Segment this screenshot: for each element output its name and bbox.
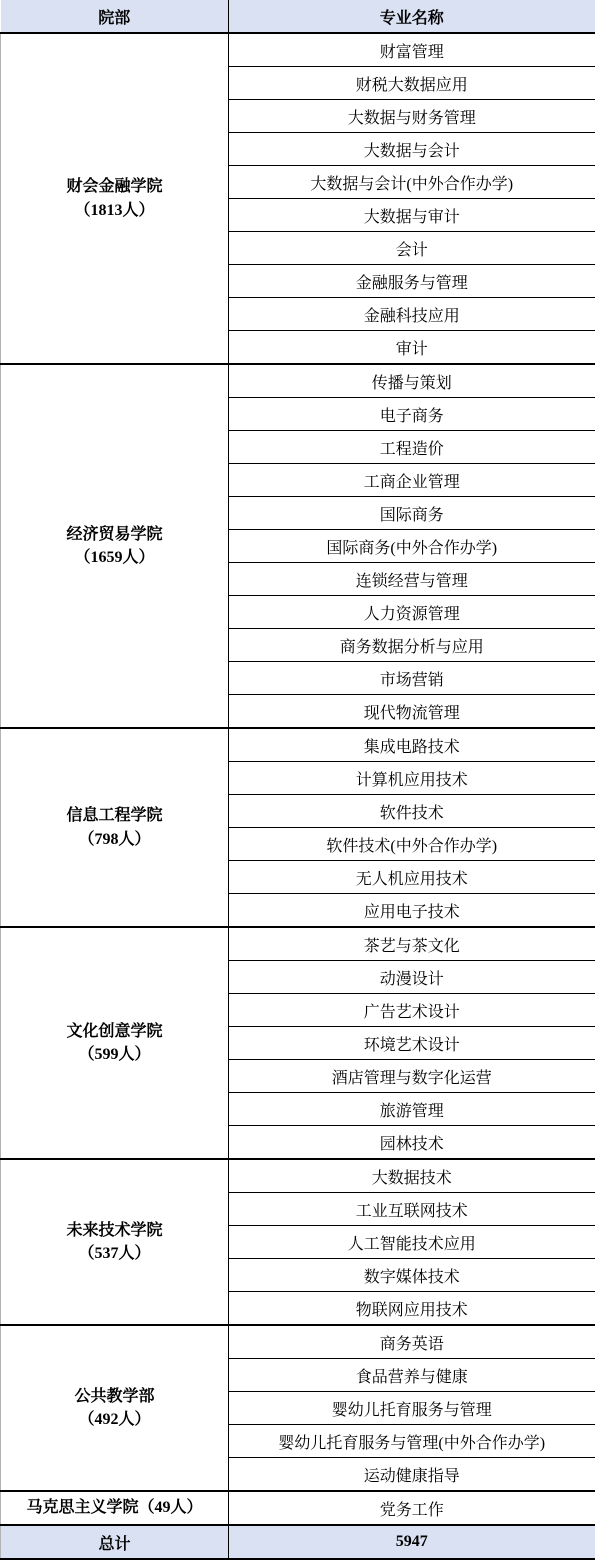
department-count: （1659人） [3, 546, 226, 569]
header-col-department: 院部 [1, 0, 229, 33]
department-cell: 未来技术学院（537人） [1, 1159, 229, 1325]
total-value: 5947 [229, 1525, 595, 1559]
major-cell: 环境艺术设计 [229, 1027, 595, 1060]
major-cell: 人力资源管理 [229, 596, 595, 629]
department-name: 公共教学部 [3, 1385, 226, 1408]
major-row: 信息工程学院（798人）集成电路技术 [1, 728, 595, 762]
major-cell: 财富管理 [229, 33, 595, 67]
major-cell: 现代物流管理 [229, 695, 595, 729]
department-name: 未来技术学院 [3, 1219, 226, 1242]
department-name: 马克思主义学院（49人） [3, 1496, 226, 1519]
departments-majors-table: 院部 专业名称 财会金融学院（1813人）财富管理财税大数据应用大数据与财务管理… [0, 0, 595, 1560]
major-row: 经济贸易学院（1659人）传播与策划 [1, 364, 595, 398]
major-cell: 工商企业管理 [229, 464, 595, 497]
department-count: （599人） [3, 1043, 226, 1066]
major-cell: 财税大数据应用 [229, 67, 595, 100]
major-cell: 广告艺术设计 [229, 994, 595, 1027]
major-cell: 计算机应用技术 [229, 762, 595, 795]
major-cell: 无人机应用技术 [229, 861, 595, 894]
department-count: （537人） [3, 1242, 226, 1265]
total-label: 总计 [1, 1525, 229, 1559]
major-cell: 酒店管理与数字化运营 [229, 1060, 595, 1093]
major-cell: 国际商务 [229, 497, 595, 530]
major-cell: 商务英语 [229, 1325, 595, 1359]
major-cell: 婴幼儿托育服务与管理 [229, 1392, 595, 1425]
department-name: 财会金融学院 [3, 175, 226, 198]
major-cell: 数字媒体技术 [229, 1259, 595, 1292]
department-cell: 财会金融学院（1813人） [1, 33, 229, 364]
major-cell: 商务数据分析与应用 [229, 629, 595, 662]
department-count: （1813人） [3, 199, 226, 222]
department-name: 文化创意学院 [3, 1020, 226, 1043]
department-name: 经济贸易学院 [3, 523, 226, 546]
major-cell: 大数据技术 [229, 1159, 595, 1193]
department-cell: 经济贸易学院（1659人） [1, 364, 229, 728]
department-count: （492人） [3, 1408, 226, 1431]
department-count: （798人） [3, 828, 226, 851]
department-cell: 马克思主义学院（49人） [1, 1491, 229, 1525]
major-cell: 人工智能技术应用 [229, 1226, 595, 1259]
department-name: 信息工程学院 [3, 804, 226, 827]
table-body: 财会金融学院（1813人）财富管理财税大数据应用大数据与财务管理大数据与会计大数… [1, 33, 595, 1525]
major-cell: 市场营销 [229, 662, 595, 695]
major-cell: 审计 [229, 331, 595, 365]
header-col-major: 专业名称 [229, 0, 595, 33]
major-cell: 传播与策划 [229, 364, 595, 398]
major-cell: 大数据与审计 [229, 199, 595, 232]
major-cell: 电子商务 [229, 398, 595, 431]
major-cell: 动漫设计 [229, 961, 595, 994]
major-cell: 工程造价 [229, 431, 595, 464]
major-row: 未来技术学院（537人）大数据技术 [1, 1159, 595, 1193]
department-cell: 公共教学部（492人） [1, 1325, 229, 1491]
major-cell: 食品营养与健康 [229, 1359, 595, 1392]
major-row: 公共教学部（492人）商务英语 [1, 1325, 595, 1359]
department-cell: 文化创意学院（599人） [1, 927, 229, 1159]
major-cell: 会计 [229, 232, 595, 265]
major-cell: 大数据与会计 [229, 133, 595, 166]
major-cell: 工业互联网技术 [229, 1193, 595, 1226]
major-cell: 金融科技应用 [229, 298, 595, 331]
major-cell: 茶艺与茶文化 [229, 927, 595, 961]
major-cell: 集成电路技术 [229, 728, 595, 762]
major-cell: 应用电子技术 [229, 894, 595, 928]
major-cell: 园林技术 [229, 1126, 595, 1160]
header-row: 院部 专业名称 [1, 0, 595, 33]
major-cell: 软件技术 [229, 795, 595, 828]
major-cell: 国际商务(中外合作办学) [229, 530, 595, 563]
major-cell: 运动健康指导 [229, 1458, 595, 1492]
major-cell: 连锁经营与管理 [229, 563, 595, 596]
major-cell: 旅游管理 [229, 1093, 595, 1126]
major-cell: 软件技术(中外合作办学) [229, 828, 595, 861]
major-cell: 婴幼儿托育服务与管理(中外合作办学) [229, 1425, 595, 1458]
major-cell: 党务工作 [229, 1491, 595, 1525]
department-cell: 信息工程学院（798人） [1, 728, 229, 927]
major-row: 马克思主义学院（49人）党务工作 [1, 1491, 595, 1525]
major-row: 财会金融学院（1813人）财富管理 [1, 33, 595, 67]
major-cell: 大数据与会计(中外合作办学) [229, 166, 595, 199]
major-row: 文化创意学院（599人）茶艺与茶文化 [1, 927, 595, 961]
major-cell: 物联网应用技术 [229, 1292, 595, 1326]
major-cell: 金融服务与管理 [229, 265, 595, 298]
major-cell: 大数据与财务管理 [229, 100, 595, 133]
total-row: 总计 5947 [1, 1525, 595, 1559]
